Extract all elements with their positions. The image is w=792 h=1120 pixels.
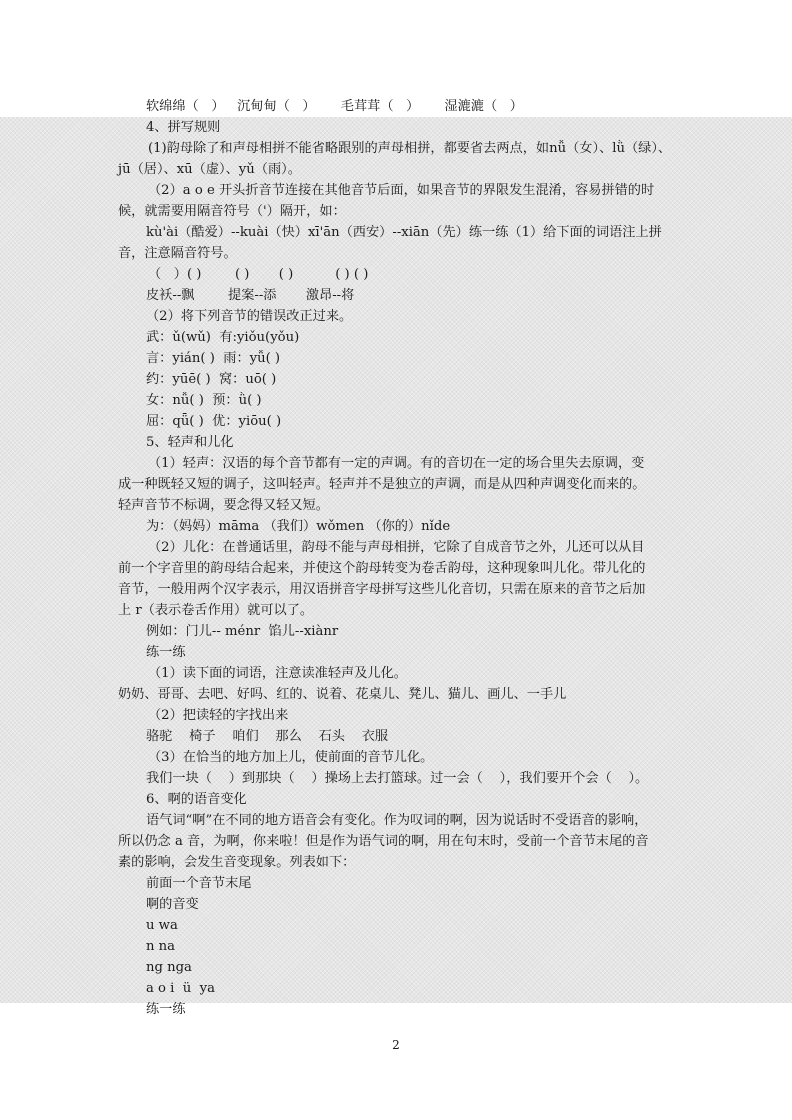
text-line: 练一练 bbox=[118, 642, 674, 663]
text-line: jū（居）、xū（虚）、yǔ（雨）。 bbox=[118, 159, 674, 180]
text-line: 练一练 bbox=[118, 999, 674, 1020]
text-line: 语气词“啊”在不同的地方语音会有变化。作为叹词的啊，因为说话时不受语音的影响， bbox=[118, 810, 674, 831]
text-line: 5、轻声和儿化 bbox=[118, 432, 674, 453]
text-line: 候，就需要用隔音符号（'）隔开，如： bbox=[118, 201, 674, 222]
text-line: （ ）( ) ( ) ( ) ( ) ( ) bbox=[118, 264, 674, 285]
text-line: （2）儿化：在普通话里，韵母不能与声母相拼，它除了自成音节之外，儿还可以从目 bbox=[118, 537, 674, 558]
text-line: n na bbox=[118, 936, 674, 957]
text-line: a o i ü ya bbox=[118, 978, 674, 999]
text-line: 软绵绵（ ） 沉甸甸（ ） 毛茸茸（ ） 湿漉漉（ ） bbox=[118, 96, 674, 117]
text-line: 啊的音变 bbox=[118, 894, 674, 915]
text-line: 前一个字音里的韵母结合起来，并使这个韵母转变为卷舌韵母，这种现象叫儿化。带儿化的 bbox=[118, 558, 674, 579]
text-line: 奶奶、哥哥、去吧、好吗、红的、说着、花桌儿、凳儿、猫儿、画儿、一手儿 bbox=[118, 684, 674, 705]
text-line: 音，注意隔音符号。 bbox=[118, 243, 674, 264]
text-line: （1）轻声：汉语的每个音节都有一定的声调。有的音切在一定的场合里失去原调，变 bbox=[118, 453, 674, 474]
page-number: 2 bbox=[0, 1038, 792, 1052]
text-line: （3）在恰当的地方加上儿，使前面的音节儿化。 bbox=[118, 747, 674, 768]
document-body: 软绵绵（ ） 沉甸甸（ ） 毛茸茸（ ） 湿漉漉（ ）4、拼写规则(1)韵母除了… bbox=[118, 96, 674, 1020]
text-line: （1）读下面的词语，注意读准轻声及儿化。 bbox=[118, 663, 674, 684]
text-line: （2）把读轻的字找出来 bbox=[118, 705, 674, 726]
text-line: 例如：门儿-- ménr 馅儿--xiànr bbox=[118, 621, 674, 642]
text-line: 女：nǚ( ) 预：ǜ( ) bbox=[118, 390, 674, 411]
text-line: 素的影响，会发生音变现象。列表如下： bbox=[118, 852, 674, 873]
text-line: (1)韵母除了和声母相拼不能省略跟别的声母相拼，都要省去两点，如nǚ（女）、lǜ… bbox=[118, 138, 674, 159]
text-line: 我们一块（ ）到那块（ ）操场上去打篮球。过一会（ ），我们要开个会（ ）。 bbox=[118, 768, 674, 789]
text-line: （2）将下列音节的错误改正过来。 bbox=[118, 306, 674, 327]
text-line: 武：ǔ(wǔ) 有:yiǒu(yǒu) bbox=[118, 327, 674, 348]
text-line: 音节，一般用两个汉字表示，用汉语拼音字母拼写这些儿化音切，只需在原来的音节之后加 bbox=[118, 579, 674, 600]
text-line: 轻声音节不标调，要念得又轻又短。 bbox=[118, 495, 674, 516]
text-line: 前面一个音节末尾 bbox=[118, 873, 674, 894]
text-line: 约：yūē( ) 窝：uō( ) bbox=[118, 369, 674, 390]
text-line: 为：（妈妈）māma （我们）wǒmen （你的）nǐde bbox=[118, 516, 674, 537]
text-line: 4、拼写规则 bbox=[118, 117, 674, 138]
text-line: 所以仍念 a 音，为啊，你来啦！但是作为语气词的啊，用在句末时，受前一个音节末尾… bbox=[118, 831, 674, 852]
text-line: 皮袄--飘 提案--添 激昂--将 bbox=[118, 285, 674, 306]
text-line: （2）a o e 开头折音节连接在其他音节后面，如果音节的界限发生混淆，容易拼错… bbox=[118, 180, 674, 201]
text-line: kù'ài（酷爱）--kuài（快）xī'ān（西安）--xiān（先）练一练（… bbox=[118, 222, 674, 243]
text-line: 6、啊的语音变化 bbox=[118, 789, 674, 810]
text-line: 骆驼 椅子 咱们 那么 石头 衣服 bbox=[118, 726, 674, 747]
text-line: 屈：qǖ( ) 优：yiōu( ) bbox=[118, 411, 674, 432]
text-line: ng nga bbox=[118, 957, 674, 978]
text-line: 成一种既轻又短的调子，这叫轻声。轻声并不是独立的声调，而是从四种声调变化而来的。 bbox=[118, 474, 674, 495]
text-line: 言：yián( ) 雨：yǚ( ) bbox=[118, 348, 674, 369]
text-line: u wa bbox=[118, 915, 674, 936]
text-line: 上 r（表示卷舌作用）就可以了。 bbox=[118, 600, 674, 621]
